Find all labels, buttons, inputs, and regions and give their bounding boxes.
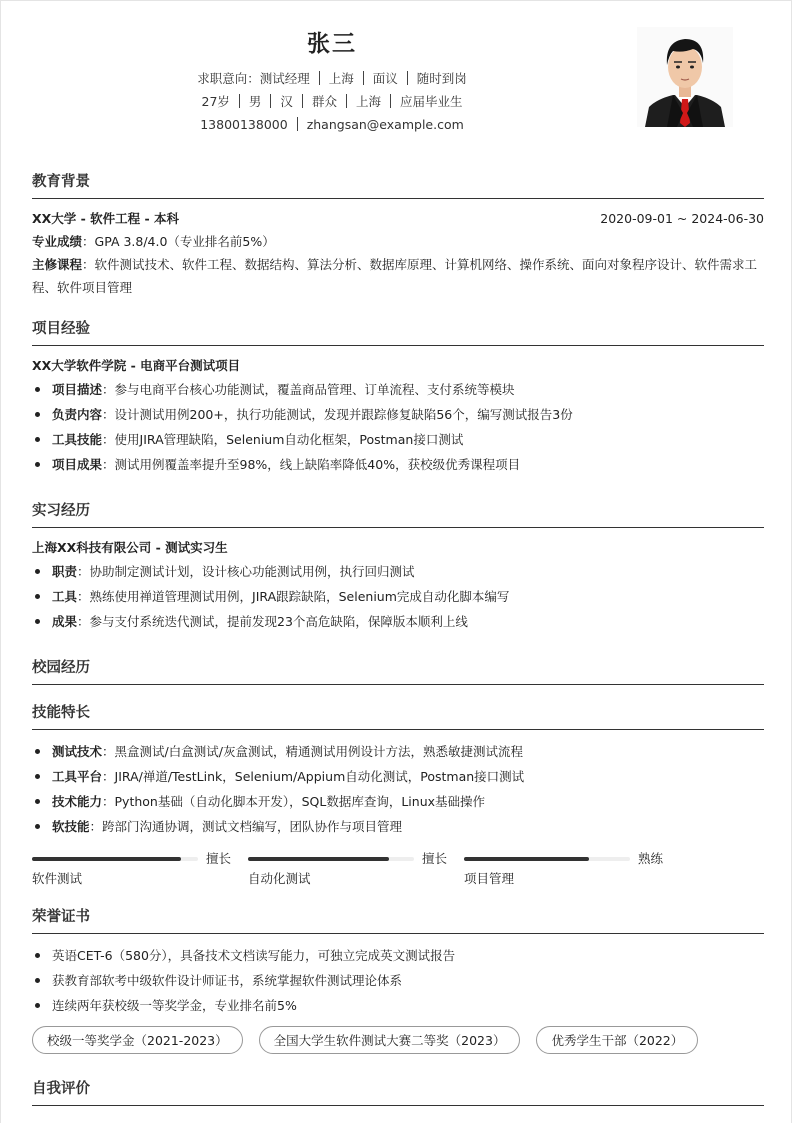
bullet-text: ：设计测试用例200+，执行功能测试，发现并跟踪修复缺陷56个，编写测试报告3份: [102, 407, 573, 422]
list-item: 英语CET-6（580分），具备技术文档读写能力，可独立完成英文测试报告: [32, 943, 764, 968]
school-major-degree: XX大学 - 软件工程 - 本科: [32, 207, 179, 230]
resume-page: 张三 求职意向：测试经理上海面议随时到岗 27岁男汉群众上海应届毕业生 1380…: [0, 0, 792, 1123]
project-heading: XX大学软件学院 - 电商平台测试项目: [32, 354, 764, 377]
bullet-label: 工具技能: [52, 432, 102, 447]
bullet-text: ：黑盒测试/白盒测试/灰盒测试，精通测试用例设计方法，熟悉敏捷测试流程: [102, 744, 523, 759]
resume-header: 张三 求职意向：测试经理上海面议随时到岗 27岁男汉群众上海应届毕业生 1380…: [1, 29, 663, 136]
gpa-row: 专业成绩：GPA 3.8/4.0（专业排名前5%）: [32, 230, 764, 253]
political-status: 群众: [312, 94, 337, 109]
courses-label: 主修课程: [32, 257, 82, 272]
skill-fill: [464, 857, 589, 861]
honor-tag: 校级一等奖学金（2021-2023）: [32, 1026, 243, 1054]
skill-track: [32, 857, 198, 861]
ethnicity: 汉: [280, 94, 293, 109]
honor-tag: 优秀学生干部（2022）: [536, 1026, 698, 1054]
skills-bullets: 测试技术：黑盒测试/白盒测试/灰盒测试，精通测试用例设计方法，熟悉敏捷测试流程 …: [32, 739, 764, 839]
bullet-text: ：参与电商平台核心功能测试，覆盖商品管理、订单流程、支付系统等模块: [102, 382, 515, 397]
intent-availability: 随时到岗: [417, 71, 467, 86]
bullet-label: 技术能力: [52, 794, 102, 809]
job-intent-line: 求职意向：测试经理上海面议随时到岗: [1, 67, 663, 90]
skill-level: 擅长: [422, 849, 447, 869]
contact-line: 13800138000zhangsan@example.com: [1, 113, 663, 136]
skill-level-bars: 擅长 软件测试 擅长 自动化测试 熟练 项目管理: [32, 849, 764, 889]
divider: [363, 71, 364, 85]
divider: [407, 71, 408, 85]
gpa-label: 专业成绩: [32, 234, 82, 249]
courses-value: ：软件测试技术、软件工程、数据结构、算法分析、数据库原理、计算机网络、操作系统、…: [32, 257, 757, 295]
courses-row: 主修课程：软件测试技术、软件工程、数据结构、算法分析、数据库原理、计算机网络、操…: [32, 253, 764, 299]
graduate-status: 应届毕业生: [400, 94, 463, 109]
list-item: 工具平台：JIRA/禅道/TestLink，Selenium/Appium自动化…: [32, 764, 764, 789]
honor-tag: 全国大学生软件测试大赛二等奖（2023）: [259, 1026, 521, 1054]
gpa-value: ：GPA 3.8/4.0（专业排名前5%）: [82, 234, 275, 249]
bullet-text: ：跨部门沟通协调，测试文档编写，团队协作与项目管理: [90, 819, 403, 834]
location: 上海: [356, 94, 381, 109]
skill-track: [248, 857, 414, 861]
skill-name: 软件测试: [32, 869, 82, 889]
divider: [302, 94, 303, 108]
education-date: 2020-09-01 ~ 2024-06-30: [600, 207, 764, 230]
divider: [319, 71, 320, 85]
age: 27岁: [202, 94, 230, 109]
profile-line: 27岁男汉群众上海应届毕业生: [1, 90, 663, 113]
education-heading: XX大学 - 软件工程 - 本科 2020-09-01 ~ 2024-06-30: [32, 207, 764, 230]
internship-section: 实习经历 上海XX科技有限公司 - 测试实习生 职责：协助制定测试计划，设计核心…: [32, 500, 764, 634]
self-evaluation-section: 自我评价: [32, 1078, 764, 1106]
email: zhangsan@example.com: [307, 117, 464, 132]
bullet-label: 工具平台: [52, 769, 102, 784]
divider: [297, 117, 298, 131]
bullet-text: ：使用JIRA管理缺陷，Selenium自动化框架，Postman接口测试: [102, 432, 463, 447]
skills-section: 技能特长 测试技术：黑盒测试/白盒测试/灰盒测试，精通测试用例设计方法，熟悉敏捷…: [32, 702, 764, 839]
divider: [270, 94, 271, 108]
list-item: 项目描述：参与电商平台核心功能测试，覆盖商品管理、订单流程、支付系统等模块: [32, 377, 764, 402]
divider: [239, 94, 240, 108]
intent-salary: 面议: [373, 71, 398, 86]
honors-bullets: 英语CET-6（580分），具备技术文档读写能力，可独立完成英文测试报告 获教育…: [32, 943, 764, 1018]
list-item: 职责：协助制定测试计划，设计核心功能测试用例，执行回归测试: [32, 559, 764, 584]
avatar-illustration: [637, 27, 733, 127]
skill-fill: [248, 857, 389, 861]
bullet-text: ：JIRA/禅道/TestLink，Selenium/Appium自动化测试，P…: [102, 769, 524, 784]
bullet-text: ：熟练使用禅道管理测试用例，JIRA跟踪缺陷，Selenium完成自动化脚本编写: [77, 589, 509, 604]
bullet-text: ：协助制定测试计划，设计核心功能测试用例，执行回归测试: [77, 564, 415, 579]
bullet-label: 成果: [52, 614, 77, 629]
bullet-text: 英语CET-6（580分），具备技术文档读写能力，可独立完成英文测试报告: [52, 948, 455, 963]
bullet-label: 项目描述: [52, 382, 102, 397]
section-title-projects: 项目经验: [32, 318, 764, 346]
section-title-self-eval: 自我评价: [32, 1078, 764, 1106]
bullet-text: ：参与支付系统迭代测试，提前发现23个高危缺陷，保障版本顺利上线: [77, 614, 468, 629]
bullet-label: 职责: [52, 564, 77, 579]
gender: 男: [249, 94, 262, 109]
profile-photo: [637, 27, 733, 127]
divider: [390, 94, 391, 108]
bullet-text: ：测试用例覆盖率提升至98%，线上缺陷率降低40%，获校级优秀课程项目: [102, 457, 520, 472]
section-title-honors: 荣誉证书: [32, 906, 764, 934]
bullet-label: 软技能: [52, 819, 90, 834]
list-item: 连续两年获校级一等奖学金，专业排名前5%: [32, 993, 764, 1018]
list-item: 测试技术：黑盒测试/白盒测试/灰盒测试，精通测试用例设计方法，熟悉敏捷测试流程: [32, 739, 764, 764]
section-title-skills: 技能特长: [32, 702, 764, 730]
list-item: 负责内容：设计测试用例200+，执行功能测试，发现并跟踪修复缺陷56个，编写测试…: [32, 402, 764, 427]
honor-tags: 校级一等奖学金（2021-2023） 全国大学生软件测试大赛二等奖（2023） …: [32, 1026, 698, 1054]
bullet-text: ：Python基础（自动化脚本开发），SQL数据库查询，Linux基础操作: [102, 794, 485, 809]
list-item: 成果：参与支付系统迭代测试，提前发现23个高危缺陷，保障版本顺利上线: [32, 609, 764, 634]
project-name: XX大学软件学院 - 电商平台测试项目: [32, 354, 240, 377]
skill-name: 自动化测试: [248, 869, 311, 889]
company-role: 上海XX科技有限公司 - 测试实习生: [32, 536, 228, 559]
skill-name: 项目管理: [464, 869, 514, 889]
education-section: 教育背景 XX大学 - 软件工程 - 本科 2020-09-01 ~ 2024-…: [32, 171, 764, 299]
phone: 13800138000: [200, 117, 287, 132]
project-section: 项目经验 XX大学软件学院 - 电商平台测试项目 项目描述：参与电商平台核心功能…: [32, 318, 764, 477]
section-title-internship: 实习经历: [32, 500, 764, 528]
list-item: 软技能：跨部门沟通协调，测试文档编写，团队协作与项目管理: [32, 814, 764, 839]
list-item: 工具：熟练使用禅道管理测试用例，JIRA跟踪缺陷，Selenium完成自动化脚本…: [32, 584, 764, 609]
intent-city: 上海: [329, 71, 354, 86]
candidate-name: 张三: [1, 29, 663, 59]
honors-section: 荣誉证书 英语CET-6（580分），具备技术文档读写能力，可独立完成英文测试报…: [32, 906, 764, 1018]
internship-heading: 上海XX科技有限公司 - 测试实习生: [32, 536, 764, 559]
intent-position: 求职意向：测试经理: [197, 71, 310, 86]
bullet-text: 获教育部软考中级软件设计师证书，系统掌握软件测试理论体系: [52, 973, 402, 988]
bullet-label: 负责内容: [52, 407, 102, 422]
bullet-text: 连续两年获校级一等奖学金，专业排名前5%: [52, 998, 297, 1013]
list-item: 获教育部软考中级软件设计师证书，系统掌握软件测试理论体系: [32, 968, 764, 993]
list-item: 工具技能：使用JIRA管理缺陷，Selenium自动化框架，Postman接口测…: [32, 427, 764, 452]
section-title-campus: 校园经历: [32, 657, 764, 685]
section-title-education: 教育背景: [32, 171, 764, 199]
bullet-label: 工具: [52, 589, 77, 604]
skill-level: 熟练: [638, 849, 663, 869]
skill-track: [464, 857, 630, 861]
divider: [346, 94, 347, 108]
list-item: 项目成果：测试用例覆盖率提升至98%，线上缺陷率降低40%，获校级优秀课程项目: [32, 452, 764, 477]
internship-bullets: 职责：协助制定测试计划，设计核心功能测试用例，执行回归测试 工具：熟练使用禅道管…: [32, 559, 764, 634]
campus-section: 校园经历: [32, 657, 764, 685]
bullet-label: 项目成果: [52, 457, 102, 472]
skill-fill: [32, 857, 181, 861]
bullet-label: 测试技术: [52, 744, 102, 759]
list-item: 技术能力：Python基础（自动化脚本开发），SQL数据库查询，Linux基础操…: [32, 789, 764, 814]
skill-level: 擅长: [206, 849, 231, 869]
project-bullets: 项目描述：参与电商平台核心功能测试，覆盖商品管理、订单流程、支付系统等模块 负责…: [32, 377, 764, 477]
